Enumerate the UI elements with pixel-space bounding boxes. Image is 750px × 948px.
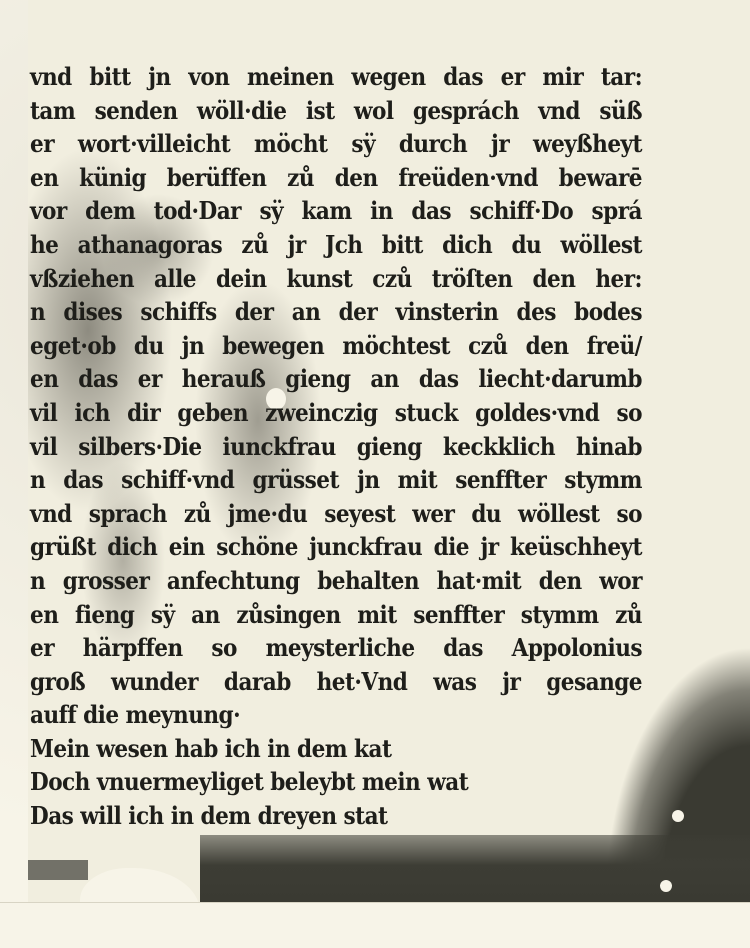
text-line: tam senden wöll·die ist wol gesprách vnd… [30, 94, 642, 128]
verse-line: Das will ich in dem dreyen stat [30, 799, 642, 833]
text-line: vil silbers·Die iunckfrau gieng keckklic… [30, 430, 642, 464]
text-line: en das er herauß gieng an das liecht·dar… [30, 362, 642, 396]
worm-hole [660, 880, 672, 892]
text-line: n dises schiffs der an der vinsterin des… [30, 295, 642, 329]
text-line: en fieng sÿ an zůsingen mit senffter sty… [30, 598, 642, 632]
text-line: er härpffen so meysterliche das Appoloni… [30, 631, 642, 665]
text-line: he athanagoras zů jr Jch bitt dich du wö… [30, 228, 642, 262]
text-line: n das schiff·vnd grüsset jn mit senffter… [30, 463, 642, 497]
text-line: n grosser anfechtung behalten hat·mit de… [30, 564, 642, 598]
text-line: er wort·villeicht möcht sÿ durch jr weyß… [30, 127, 642, 161]
stain-bottom-left [28, 860, 88, 880]
text-line: grüßt dich ein schöne junckfrau die jr k… [30, 530, 642, 564]
stain-bottom [200, 835, 750, 902]
page-margin-bottom [0, 902, 750, 948]
text-line: vnd bitt jn von meinen wegen das er mir … [30, 60, 642, 94]
text-line: vßziehen alle dein kunst czů tröſten den… [30, 262, 642, 296]
verse-line: Mein wesen hab ich in dem kat [30, 732, 642, 766]
text-line: groß wunder darab het·Vnd was jr gesange [30, 665, 642, 699]
text-line: vnd sprach zů jme·du seyest wer du wölle… [30, 497, 642, 531]
text-line: auff die meynung· [30, 698, 642, 732]
verse-line: Doch vnuermeyliget beleybt mein wat [30, 765, 642, 799]
worm-hole [672, 810, 684, 822]
text-line: vor dem tod·Dar sÿ kam in das schiff·Do … [30, 194, 642, 228]
text-block: vnd bitt jn von meinen wegen das er mir … [30, 60, 642, 833]
text-line: en künig berüffen zů den freüden·vnd bew… [30, 161, 642, 195]
text-line: eget·ob du jn bewegen möchtest czů den f… [30, 329, 642, 363]
text-line: vil ich dir geben zweinczig stuck goldes… [30, 396, 642, 430]
